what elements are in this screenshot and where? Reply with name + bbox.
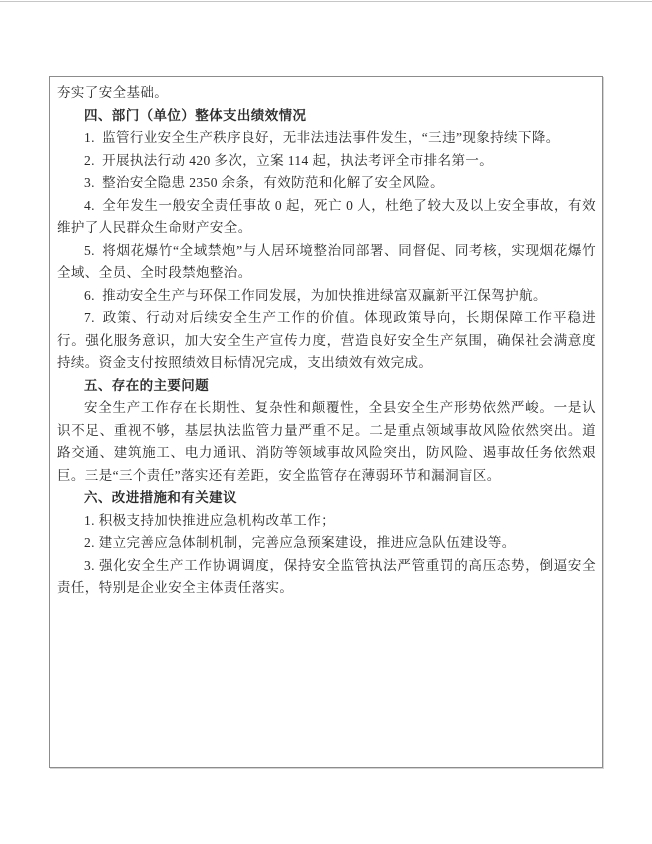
achievement-item-3: 3. 整治安全隐患 2350 余条，有效防范和化解了安全风险。 — [57, 172, 596, 195]
suggestion-item-1: 1. 积极支持加快推进应急机构改革工作； — [57, 510, 596, 533]
suggestion-item-3: 3. 强化安全生产工作协调调度，保持安全监管执法严管重罚的高压态势，倒逼安全责任… — [57, 555, 596, 600]
achievement-item-2: 2. 开展执法行动 420 多次，立案 114 起，执法考评全市排名第一。 — [57, 150, 596, 173]
suggestion-item-2: 2. 建立完善应急体制机制，完善应急预案建设，推进应急队伍建设等。 — [57, 532, 596, 555]
achievement-item-7: 7. 政策、行动对后续安全生产工作的价值。体现政策导向，长期保障工作平稳进行。强… — [57, 307, 596, 375]
problems-body-paragraph: 安全生产工作存在长期性、复杂性和颠覆性，全县安全生产形势依然严峻。一是认识不足、… — [57, 397, 596, 487]
achievement-item-4: 4. 全年发生一般安全责任事故 0 起，死亡 0 人，杜绝了较大及以上安全事故，… — [57, 195, 596, 240]
section-heading-main-problems: 五、存在的主要问题 — [57, 375, 596, 398]
section-heading-overall-expenditure-performance: 四、部门（单位）整体支出绩效情况 — [57, 105, 596, 128]
paragraph-continuation: 夯实了安全基础。 — [57, 82, 596, 105]
achievement-item-6: 6. 推动安全生产与环保工作同发展，为加快推进绿富双赢新平江保驾护航。 — [57, 285, 596, 308]
performance-report-table-cell: 夯实了安全基础。 四、部门（单位）整体支出绩效情况 1. 监管行业安全生产秩序良… — [49, 76, 603, 768]
achievement-item-5: 5. 将烟花爆竹“全域禁炮”与人居环境整治同部署、同督促、同考核，实现烟花爆竹全… — [57, 240, 596, 285]
section-heading-improvement-suggestions: 六、改进措施和有关建议 — [57, 487, 596, 510]
document-page: 夯实了安全基础。 四、部门（单位）整体支出绩效情况 1. 监管行业安全生产秩序良… — [0, 0, 652, 844]
achievement-item-1: 1. 监管行业安全生产秩序良好，无非法违法事件发生，“三违”现象持续下降。 — [57, 127, 596, 150]
page-top-rule — [0, 1, 652, 2]
